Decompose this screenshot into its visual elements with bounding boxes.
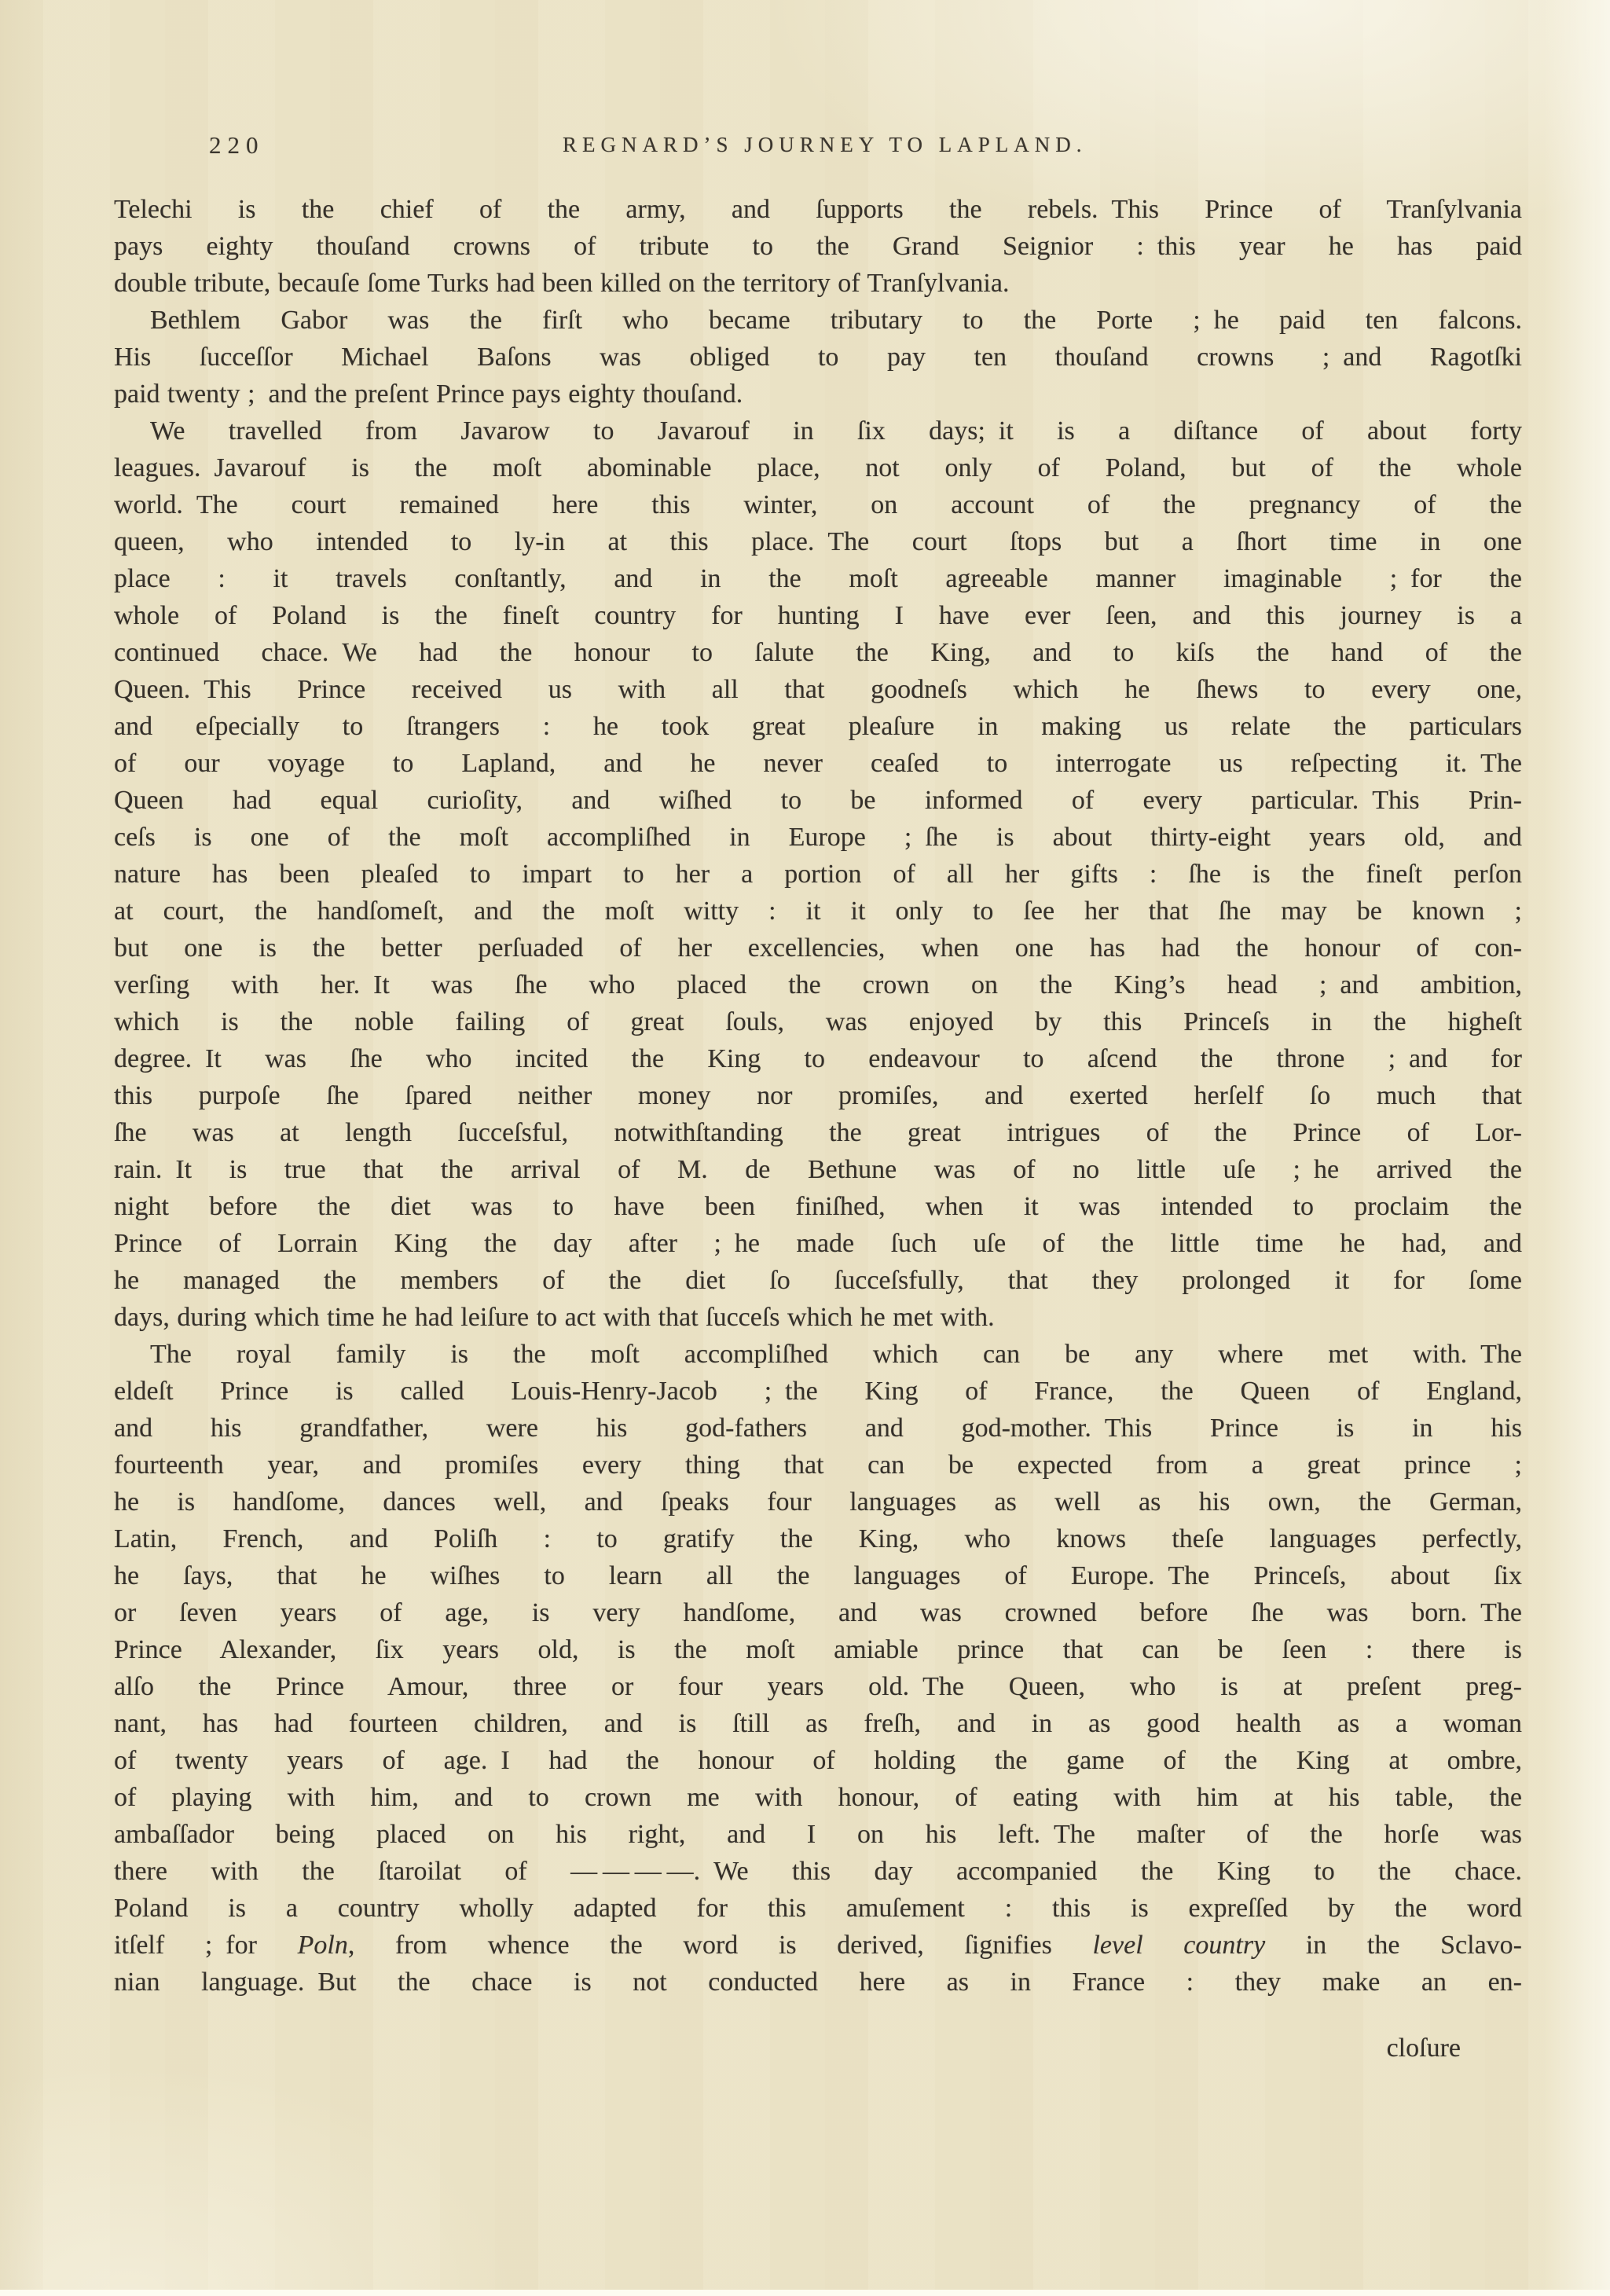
text-line: We travelled from Javarow to Javarouf in… bbox=[114, 413, 1522, 449]
text-line: nature has been pleaſed to impart to her… bbox=[114, 856, 1522, 893]
text-segment: in the Sclavo- bbox=[1265, 1931, 1522, 1960]
text-line: there with the ſtaroilat of — — — —. We … bbox=[114, 1853, 1522, 1890]
text-line: this purpoſe ſhe ſpared neither money no… bbox=[114, 1077, 1522, 1114]
text-line: rain. It is true that the arrival of M. … bbox=[114, 1151, 1522, 1188]
text-line: The royal family is the moſt accompliſhe… bbox=[114, 1336, 1522, 1373]
text-line: but one is the better perſuaded of her e… bbox=[114, 930, 1522, 966]
text-line: double tribute, becauſe ſome Turks had b… bbox=[114, 265, 1522, 302]
text-line: Latin, French, and Poliſh : to gratify t… bbox=[114, 1520, 1522, 1557]
text-line: alſo the Prince Amour, three or four yea… bbox=[114, 1668, 1522, 1705]
text-line: ſhe was at length ſucceſsful, notwithſta… bbox=[114, 1114, 1522, 1151]
text-line: His ſucceſſor Michael Baſons was obliged… bbox=[114, 339, 1522, 376]
text-line: and his grandfather, were his god-father… bbox=[114, 1410, 1522, 1447]
text-line: at court, the handſomeſt, and the moſt w… bbox=[114, 893, 1522, 930]
text-line: ambaſſador being placed on his right, an… bbox=[114, 1816, 1522, 1853]
text-line: he managed the members of the diet ſo ſu… bbox=[114, 1262, 1522, 1299]
text-line: place : it travels conſtantly, and in th… bbox=[114, 560, 1522, 597]
text-line: Prince Alexander, ſix years old, is the … bbox=[114, 1631, 1522, 1668]
text-line: Poland is a country wholly adapted for t… bbox=[114, 1890, 1522, 1927]
page-number: 220 bbox=[209, 131, 265, 160]
catchword: cloſure bbox=[1387, 2034, 1461, 2063]
text-line: fourteenth year, and promiſes every thin… bbox=[114, 1447, 1522, 1484]
text-line: whole of Poland is the fineſt country fo… bbox=[114, 597, 1522, 634]
text-line: ceſs is one of the moſt accompliſhed in … bbox=[114, 819, 1522, 856]
text-line: itſelf ; for Poln, from whence the word … bbox=[114, 1927, 1522, 1964]
text-line: which is the noble failing of great ſoul… bbox=[114, 1003, 1522, 1040]
text-line: nian language. But the chace is not cond… bbox=[114, 1964, 1522, 2001]
text-line: and eſpecially to ſtrangers : he took gr… bbox=[114, 708, 1522, 745]
text-line: Telechi is the chief of the army, and ſu… bbox=[114, 191, 1522, 228]
text-line: Queen had equal curioſity, and wiſhed to… bbox=[114, 782, 1522, 819]
text-line: of our voyage to Lapland, and he never c… bbox=[114, 745, 1522, 782]
running-title: REGNARD’S JOURNEY TO LAPLAND. bbox=[563, 133, 1087, 157]
text-line: he is handſome, dances well, and ſpeaks … bbox=[114, 1484, 1522, 1520]
text-line: continued chace. We had the honour to ſa… bbox=[114, 634, 1522, 671]
text-line: eldeſt Prince is called Louis-Henry-Jaco… bbox=[114, 1373, 1522, 1410]
italic-text: Poln bbox=[298, 1931, 348, 1960]
book-page: { "page": { "number": "220", "running_ti… bbox=[0, 0, 1610, 2296]
text-segment: itſelf ; for bbox=[114, 1931, 298, 1960]
scan-edge-strip bbox=[0, 2290, 1610, 2296]
text-segment: , from whence the word is derived, ſigni… bbox=[348, 1931, 1093, 1960]
text-line: pays eighty thouſand crowns of tribute t… bbox=[114, 228, 1522, 265]
text-line: verſing with her. It was ſhe who placed … bbox=[114, 966, 1522, 1003]
text-line: Bethlem Gabor was the firſt who became t… bbox=[114, 302, 1522, 339]
paragraph: Telechi is the chief of the army, and ſu… bbox=[114, 191, 1522, 302]
text-line: nant, has had fourteen children, and is … bbox=[114, 1705, 1522, 1742]
text-line: leagues. Javarouf is the moſt abominable… bbox=[114, 449, 1522, 486]
text-line: Prince of Lorrain King the day after ; h… bbox=[114, 1225, 1522, 1262]
text-line: he ſays, that he wiſhes to learn all the… bbox=[114, 1557, 1522, 1594]
italic-text: level country bbox=[1092, 1931, 1265, 1960]
paragraph: The royal family is the moſt accompliſhe… bbox=[114, 1336, 1522, 2001]
text-line: queen, who intended to ly-in at this pla… bbox=[114, 523, 1522, 560]
text-line: or ſeven years of age, is very handſome,… bbox=[114, 1594, 1522, 1631]
text-line: night before the diet was to have been f… bbox=[114, 1188, 1522, 1225]
text-line: of twenty years of age. I had the honour… bbox=[114, 1742, 1522, 1779]
paragraph: Bethlem Gabor was the firſt who became t… bbox=[114, 302, 1522, 413]
text-line: world. The court remained here this wint… bbox=[114, 486, 1522, 523]
text-line: days, during which time he had leiſure t… bbox=[114, 1299, 1522, 1336]
text-line: Queen. This Prince received us with all … bbox=[114, 671, 1522, 708]
paragraph: We travelled from Javarow to Javarouf in… bbox=[114, 413, 1522, 1336]
body-text: Telechi is the chief of the army, and ſu… bbox=[114, 191, 1522, 2001]
text-line: degree. It was ſhe who incited the King … bbox=[114, 1040, 1522, 1077]
text-line: of playing with him, and to crown me wit… bbox=[114, 1779, 1522, 1816]
text-line: paid twenty ; and the preſent Prince pay… bbox=[114, 376, 1522, 413]
